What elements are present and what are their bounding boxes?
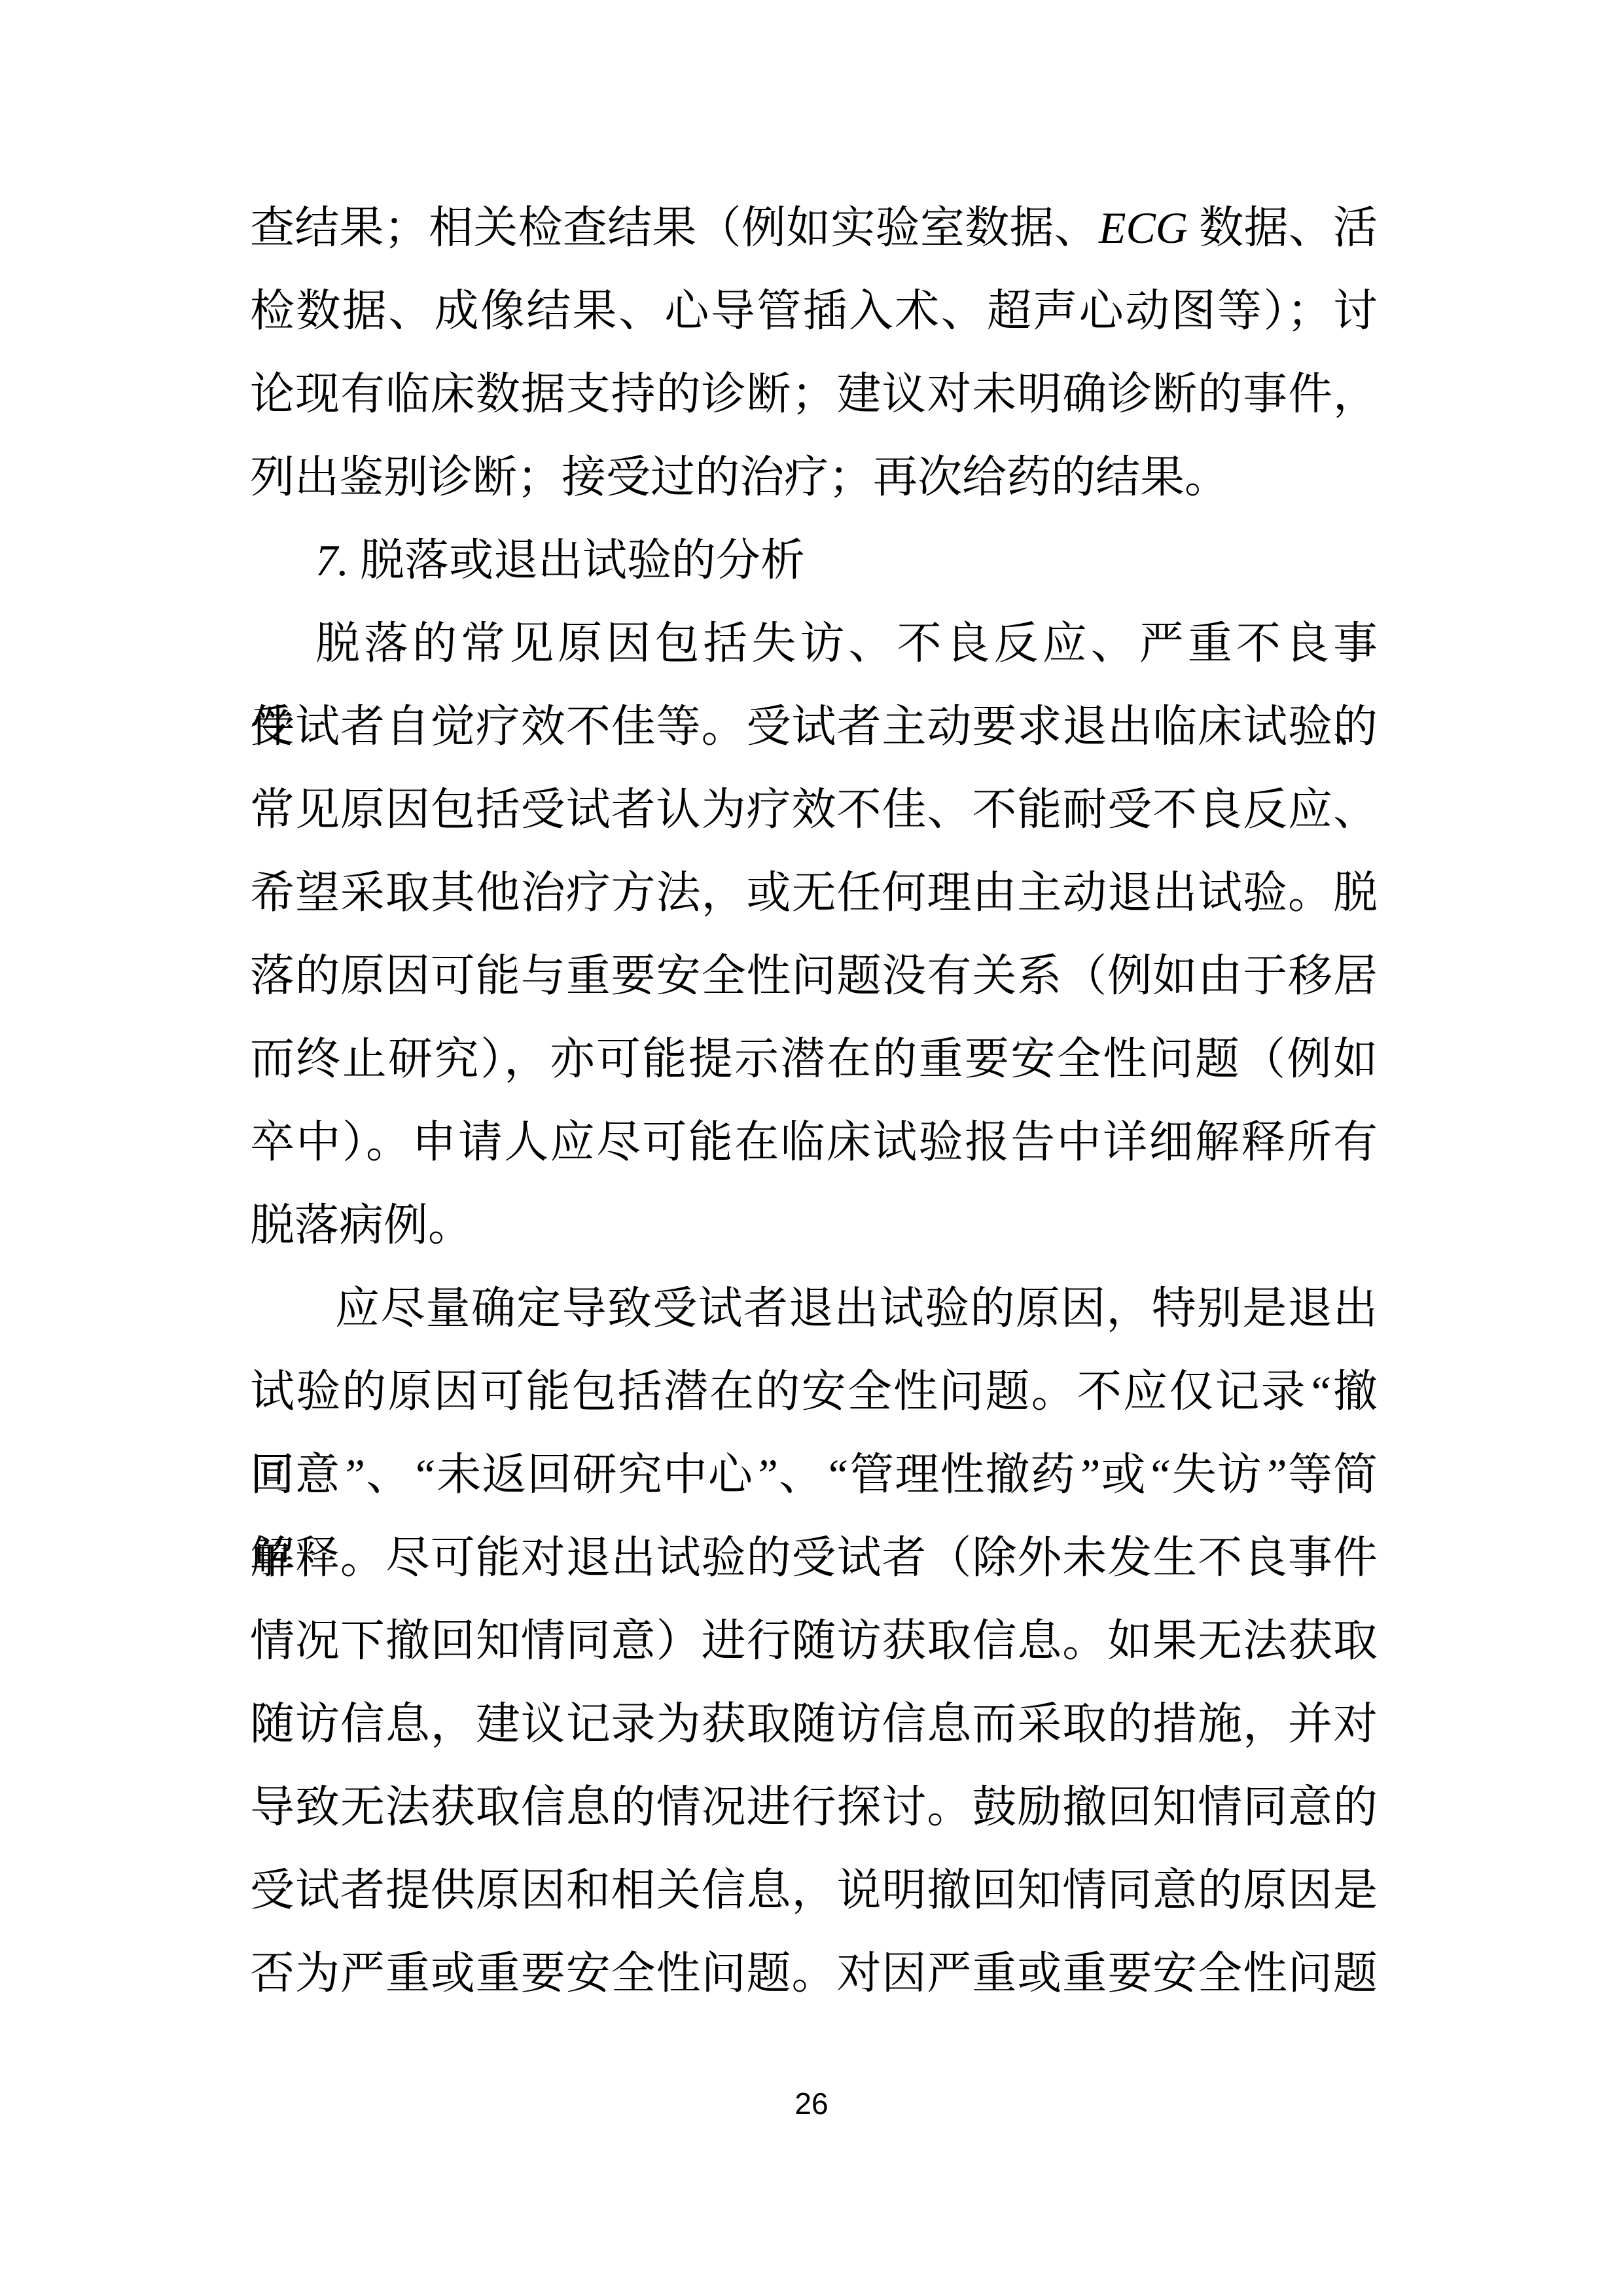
body-line: 卒中）。申请人应尽可能在临床试验报告中详细解释所有 [250,1101,1378,1184]
body-line: 受试者自觉疗效不佳等。受试者主动要求退出临床试验的 [250,685,1378,768]
body-line: 导致无法获取信息的情况进行探讨。鼓励撤回知情同意的 [250,1766,1378,1849]
body-line: 希望采取其他治疗方法，或无任何理由主动退出试验。脱 [250,852,1378,935]
document-page: 查结果；相关检查结果（例如实验室数据、ECG 数据、活 检数据、成像结果、心导管… [0,0,1623,2296]
body-line: 试验的原因可能包括潜在的安全性问题。不应仅记录“撤回 [250,1350,1378,1433]
body-line: 检数据、成像结果、心导管插入术、超声心动图等）；讨 [250,270,1378,353]
body-line: 脱落的常见原因包括失访、不良反应、严重不良事件、 [250,602,1378,685]
body-line: 否为严重或重要安全性问题。对因严重或重要安全性问题 [250,1932,1378,2015]
body-line: 同意”、“未返回研究中心”、“管理性撤药”或“失访”等简单 [250,1433,1378,1516]
body-line: 常见原因包括受试者认为疗效不佳、不能耐受不良反应、 [250,768,1378,852]
page-footer: 26 [0,2087,1623,2121]
page-body-text: 查结果；相关检查结果（例如实验室数据、ECG 数据、活 检数据、成像结果、心导管… [250,187,1378,2015]
section-heading: 7. 脱落或退出试验的分析 [250,519,1378,602]
body-line: 脱落病例。 [250,1184,1378,1267]
body-line: 列出鉴别诊断；接受过的治疗；再次给药的结果。 [250,436,1378,519]
body-line: 应尽量确定导致受试者退出试验的原因，特别是退出 [250,1267,1378,1350]
body-line: 受试者提供原因和相关信息，说明撤回知情同意的原因是 [250,1849,1378,1932]
body-line: 落的原因可能与重要安全性问题没有关系（例如由于移居 [250,935,1378,1018]
body-line: 解释。尽可能对退出试验的受试者（除外未发生不良事件 [250,1516,1378,1600]
body-line: 而终止研究），亦可能提示潜在的重要安全性问题（例如 [250,1018,1378,1101]
body-line: 查结果；相关检查结果（例如实验室数据、ECG 数据、活 [250,187,1378,270]
body-line: 论现有临床数据支持的诊断；建议对未明确诊断的事件， [250,353,1378,436]
body-line: 情况下撤回知情同意）进行随访获取信息。如果无法获取 [250,1600,1378,1683]
page-number: 26 [794,2087,828,2121]
body-line: 随访信息，建议记录为获取随访信息而采取的措施，并对 [250,1683,1378,1766]
